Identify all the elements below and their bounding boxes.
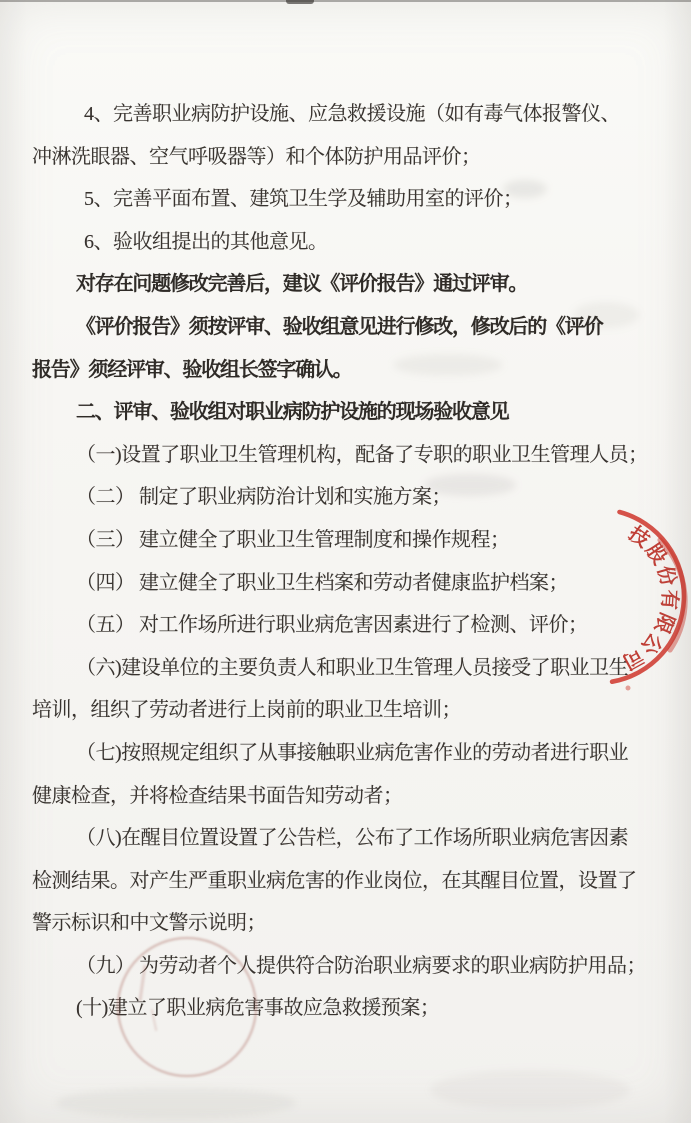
text-line: 《评价报告》须按评审、验收组意见进行修改，修改后的《评价 (32, 306, 657, 349)
text-line: 6、验收组提出的其他意见。 (32, 221, 657, 264)
text-line: 4、完善职业病防护设施、应急救援设施（如有毒气体报警仪、 (32, 93, 657, 136)
text-line: （九） 为劳动者个人提供符合防治职业病要求的职业病防护用品； (32, 945, 657, 988)
scan-artifact-top-mark (286, 0, 314, 4)
seal-ink-speck (626, 686, 631, 691)
scanned-document-page: 4、完善职业病防护设施、应急救援设施（如有毒气体报警仪、冲淋洗眼器、空气呼吸器等… (0, 0, 691, 1123)
text-line: 5、完善平面布置、建筑卫生学及辅助用室的评价； (32, 178, 657, 221)
text-line: (十)建立了职业病危害事故应急救援预案； (32, 987, 657, 1030)
text-line: 冲淋洗眼器、空气呼吸器等）和个体防护用品评价； (32, 136, 657, 179)
text-line: （七)按照规定组织了从事接触职业病危害作业的劳动者进行职业 (32, 732, 657, 775)
scan-artifact-top-edge (0, 0, 691, 2)
text-line: 对存在问题修改完善后，建议《评价报告》通过评审。 (32, 263, 657, 306)
company-seal-stamp: 技股份有限公司 (500, 460, 691, 720)
seal-text: 技股份有限公司 (617, 521, 683, 675)
text-line: 二、评审、验收组对职业病防护设施的现场验收意见 (32, 391, 657, 434)
text-line: （八)在醒目位置设置了公告栏，公布了工作场所职业病危害因素 (32, 817, 657, 860)
text-line: 检测结果。对产生严重职业病危害的作业岗位，在其醒目位置，设置了 (32, 860, 657, 903)
text-line: 警示标识和中文警示说明； (32, 902, 657, 945)
scan-smudge (430, 1070, 630, 1110)
text-line: 报告》须经评审、验收组长签字确认。 (32, 349, 657, 392)
scan-smudge (56, 1088, 296, 1118)
text-line: 健康检查，并将检查结果书面告知劳动者； (32, 775, 657, 818)
